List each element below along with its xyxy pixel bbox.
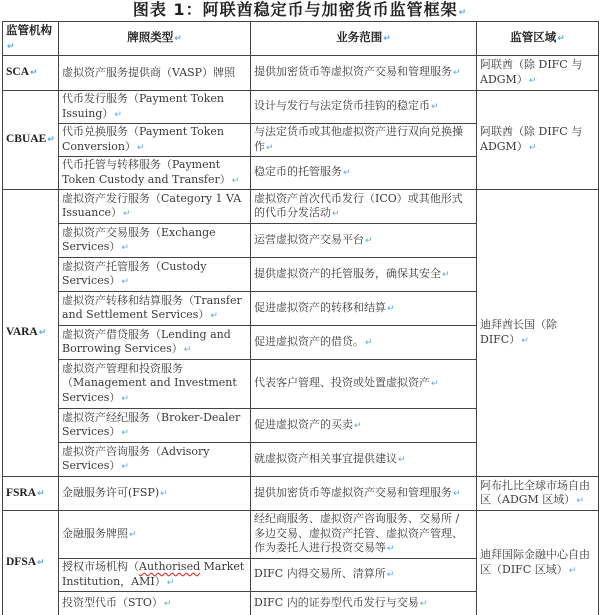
license-cell: 虚拟资产咨询服务（Advisory Services）↵ (59, 443, 251, 477)
paragraph-mark-icon: ↵ (123, 209, 131, 219)
paragraph-mark-icon: ↵ (47, 135, 55, 145)
table-row: DFSA↵ 金融服务牌照↵ 经纪商服务、虚拟资产咨询服务、交易所 / 多边交易、… (3, 511, 599, 559)
paragraph-mark-icon: ↵ (453, 68, 461, 78)
table-row: FSRA↵ 金融服务许可(FSP)↵ 提供加密货币等虚拟资产交易和管理服务↵ 阿… (3, 477, 599, 511)
license-cell: 投资型代币（STO）↵ (59, 592, 251, 615)
paragraph-mark-icon: ↵ (121, 243, 129, 253)
paragraph-mark-icon: ↵ (266, 143, 274, 153)
table-row: VARA↵ 虚拟资产发行服务（Category 1 VA Issuance）↵ … (3, 190, 599, 224)
scope-cell: 提供加密货币等虚拟资产交易和管理服务↵ (251, 477, 477, 511)
paragraph-mark-icon: ↵ (431, 102, 439, 112)
scope-cell: 与法定货币或其他虚拟资产进行双向兑换操作↵ (251, 124, 477, 157)
paragraph-mark-icon: ↵ (365, 236, 373, 246)
paragraph-mark-icon: ↵ (529, 143, 537, 153)
paragraph-mark-icon: ↵ (576, 496, 584, 506)
table-row: SCA↵ 虚拟资产服务提供商（VASP）牌照 提供加密货币等虚拟资产交易和管理服… (3, 56, 599, 91)
license-cell: 授权市场机构（Authorised Market Institution，AMI… (59, 559, 251, 592)
paragraph-mark-icon: ↵ (398, 455, 406, 465)
license-cell: 虚拟资产服务提供商（VASP）牌照 (59, 56, 251, 91)
paragraph-mark-icon: ↵ (37, 489, 45, 499)
paragraph-mark-icon: ↵ (387, 544, 395, 554)
scope-cell: 运营虚拟资产交易平台↵ (251, 224, 477, 258)
scope-cell: 促进虚拟资产的借贷。↵ (251, 326, 477, 360)
agency-cell-sca: SCA↵ (3, 56, 59, 91)
paragraph-mark-icon: ↵ (354, 421, 362, 431)
header-row: 监管机构↵ 牌照类型↵ 业务范围↵ 监管区域↵ (3, 22, 599, 56)
paragraph-mark-icon: ↵ (37, 558, 45, 568)
table-row: CBUAE↵ 代币发行服务（Payment Token Issuing）↵ 设计… (3, 91, 599, 124)
paragraph-mark-icon: ↵ (121, 277, 129, 287)
paragraph-mark-icon: ↵ (557, 34, 565, 44)
scope-cell: 就虚拟资产相关事宜提供建议↵ (251, 443, 477, 477)
paragraph-mark-icon: ↵ (521, 336, 529, 346)
paragraph-mark-icon: ↵ (39, 328, 47, 338)
license-cell: 虚拟资产管理和投资服务（Management and Investment Se… (59, 360, 251, 409)
header-license-type: 牌照类型↵ (59, 22, 251, 56)
license-cell: 金融服务牌照↵ (59, 511, 251, 559)
license-cell: 虚拟资产借贷服务（Lending and Borrowing Services）… (59, 326, 251, 360)
scope-cell: DIFC 内得交易所、清算所↵ (251, 559, 477, 592)
paragraph-mark-icon: ↵ (332, 209, 340, 219)
license-cell: 代币托管与转移服务（Payment Token Custody and Tran… (59, 157, 251, 190)
paragraph-mark-icon: ↵ (442, 270, 450, 280)
scope-cell: 提供加密货币等虚拟资产交易和管理服务↵ (251, 56, 477, 91)
paragraph-mark-icon: ↵ (7, 42, 15, 52)
scope-cell: 虚拟资产首次代币发行（ICO）或其他形式的代币分发活动↵ (251, 190, 477, 224)
scope-cell: 促进虚拟资产的买卖↵ (251, 409, 477, 443)
paragraph-mark-icon: ↵ (129, 530, 137, 540)
license-cell: 虚拟资产交易服务（Exchange Services）↵ (59, 224, 251, 258)
paragraph-mark-icon: ↵ (420, 599, 428, 609)
spellcheck-flagged-word: Authorised (139, 560, 200, 573)
paragraph-mark-icon: ↵ (343, 168, 351, 178)
region-cell: 阿联酋（除 DIFC 与 ADGM）↵ (477, 91, 599, 190)
paragraph-mark-icon: ↵ (30, 68, 38, 78)
scope-cell: 稳定币的托管服务↵ (251, 157, 477, 190)
scope-cell: 经纪商服务、虚拟资产咨询服务、交易所 / 多边交易、虚拟资产托管、虚拟资产管理、… (251, 511, 477, 559)
paragraph-mark-icon: ↵ (365, 338, 373, 348)
figure-title-text: 图表 1：阿联酋稳定币与加密货币监管框架 (133, 0, 458, 19)
paragraph-mark-icon: ↵ (387, 570, 395, 580)
region-cell: 阿联酋（除 DIFC 与 ADGM）↵ (477, 56, 599, 91)
license-cell: 金融服务许可(FSP)↵ (59, 477, 251, 511)
agency-cell-dfsa: DFSA↵ (3, 511, 59, 615)
paragraph-mark-icon: ↵ (453, 489, 461, 499)
paragraph-mark-icon: ↵ (387, 304, 395, 314)
region-cell: 阿布扎比全球市场自由区（ADGM 区域）↵ (477, 477, 599, 511)
header-agency: 监管机构↵ (3, 22, 59, 56)
license-cell: 虚拟资产托管服务（Custody Services）↵ (59, 258, 251, 292)
paragraph-mark-icon: ↵ (121, 462, 129, 472)
paragraph-mark-icon: ↵ (569, 566, 577, 576)
paragraph-mark-icon: ↵ (210, 311, 218, 321)
paragraph-mark-icon: ↵ (184, 345, 192, 355)
scope-cell: DIFC 内的证券型代币发行与交易↵ (251, 592, 477, 615)
figure-title: 图表 1：阿联酋稳定币与加密货币监管框架↵ (0, 1, 600, 22)
paragraph-mark-icon: ↵ (164, 599, 172, 609)
paragraph-mark-icon: ↵ (459, 8, 468, 18)
region-cell: 迪拜国际金融中心自由区（DIFC 区域）↵ (477, 511, 599, 615)
license-cell: 代币兑换服务（Payment Token Conversion）↵ (59, 124, 251, 157)
paragraph-mark-icon: ↵ (174, 34, 182, 44)
paragraph-mark-icon: ↵ (167, 578, 175, 588)
agency-cell-cbuae: CBUAE↵ (3, 91, 59, 190)
paragraph-mark-icon: ↵ (121, 394, 129, 404)
paragraph-mark-icon: ↵ (121, 428, 129, 438)
paragraph-mark-icon: ↵ (114, 110, 122, 120)
region-cell: 迪拜酋长国（除 DIFC）↵ (477, 190, 599, 477)
paragraph-mark-icon: ↵ (160, 489, 168, 499)
license-cell: 代币发行服务（Payment Token Issuing）↵ (59, 91, 251, 124)
scope-cell: 促进虚拟资产的转移和结算↵ (251, 292, 477, 326)
agency-cell-vara: VARA↵ (3, 190, 59, 477)
paragraph-mark-icon: ↵ (431, 379, 439, 389)
scope-cell: 代表客户管理、投资或处置虚拟资产↵ (251, 360, 477, 409)
paragraph-mark-icon: ↵ (137, 143, 145, 153)
header-business-scope: 业务范围↵ (251, 22, 477, 56)
paragraph-mark-icon: ↵ (383, 34, 391, 44)
license-cell: 虚拟资产转移和结算服务（Transfer and Settlement Serv… (59, 292, 251, 326)
agency-cell-fsra: FSRA↵ (3, 477, 59, 511)
scope-cell: 设计与发行与法定货币挂钩的稳定币↵ (251, 91, 477, 124)
license-cell: 虚拟资产发行服务（Category 1 VA Issuance）↵ (59, 190, 251, 224)
regulatory-framework-table: 监管机构↵ 牌照类型↵ 业务范围↵ 监管区域↵ SCA↵ 虚拟资产服务提供商（V… (2, 21, 599, 615)
paragraph-mark-icon: ↵ (232, 176, 240, 186)
paragraph-mark-icon: ↵ (529, 76, 537, 86)
header-region: 监管区域↵ (477, 22, 599, 56)
scope-cell: 提供虚拟资产的托管服务，确保其安全↵ (251, 258, 477, 292)
license-cell: 虚拟资产经纪服务（Broker-Dealer Services）↵ (59, 409, 251, 443)
